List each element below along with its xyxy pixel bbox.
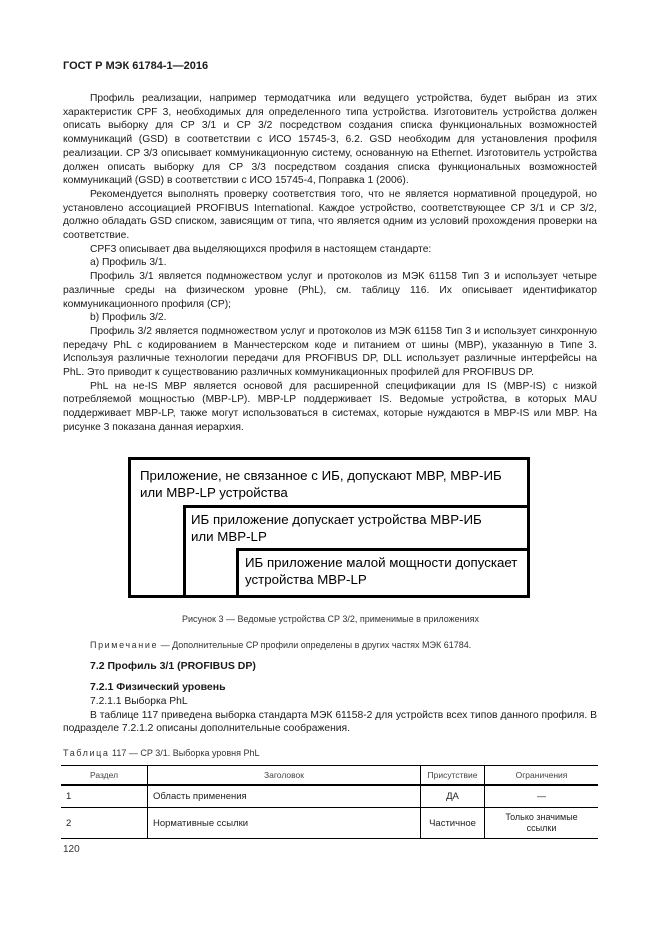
paragraph: Профиль 3/1 является подмножеством услуг… [63,270,597,311]
note-label: Примечание [90,640,158,650]
table-title-text: 117 — CP 3/1. Выборка уровня PhL [110,748,260,758]
diagram-box-label: ИБ приложение малой мощности допускает у… [245,555,530,588]
table-cell: ДА [421,785,485,808]
page-number: 120 [63,844,80,855]
table-cell: Нормативные ссылки [148,808,421,839]
table-cell: Только значимые ссылки [485,808,599,839]
note-text: — Дополнительные CP профили определены в… [158,640,471,650]
figure-caption: Рисунок 3 — Ведомые устройства CP 3/2, п… [0,614,661,624]
note: Примечание — Дополнительные CP профили о… [90,640,471,650]
table-row: 1 Область применения ДА — [61,785,598,808]
body-text-block-2: 7.2.1.1 Выборка PhL В таблице 117 привед… [63,695,597,736]
list-item: b) Профиль 3/2. [63,311,597,325]
body-text-block-1: Профиль реализации, например термодатчик… [63,92,597,435]
table-title: Таблица 117 — CP 3/1. Выборка уровня PhL [63,748,260,758]
column-header: Присутствие [421,766,485,786]
subsection-heading: 7.2.1.1 Выборка PhL [63,695,597,709]
table-row: 2 Нормативные ссылки Частичное Только зн… [61,808,598,839]
paragraph: Профиль 3/2 является подмножеством услуг… [63,325,597,380]
table-header-row: Раздел Заголовок Присутствие Ограничения [61,766,598,786]
table-cell: Частичное [421,808,485,839]
table-cell: 2 [61,808,148,839]
diagram-box-label: ИБ приложение допускает устройства MBP-И… [191,512,491,545]
paragraph: Профиль реализации, например термодатчик… [63,92,597,188]
hierarchy-diagram: Приложение, не связанное с ИБ, допускают… [128,457,530,598]
section-heading-7-2-1: 7.2.1 Физический уровень [90,681,226,693]
diagram-box-label: Приложение, не связанное с ИБ, допускают… [140,468,520,501]
table-117: Раздел Заголовок Присутствие Ограничения… [61,765,598,839]
column-header: Заголовок [148,766,421,786]
paragraph: Рекомендуется выполнять проверку соответ… [63,188,597,243]
paragraph: PhL на не-IS MBP является основой для ра… [63,380,597,435]
document-header: ГОСТ Р МЭК 61784-1—2016 [63,60,208,72]
diagram-box-is-low-power: ИБ приложение малой мощности допускает у… [236,548,530,598]
paragraph: CPF3 описывает два выделяющихся профиля … [63,243,597,257]
paragraph: В таблице 117 приведена выборка стандарт… [63,709,597,736]
column-header: Ограничения [485,766,599,786]
table-cell: 1 [61,785,148,808]
section-heading-7-2: 7.2 Профиль 3/1 (PROFIBUS DP) [90,660,256,672]
table-title-label: Таблица [63,748,110,758]
column-header: Раздел [61,766,148,786]
table-cell: Область применения [148,785,421,808]
table-cell: — [485,785,599,808]
list-item: а) Профиль 3/1. [63,256,597,270]
